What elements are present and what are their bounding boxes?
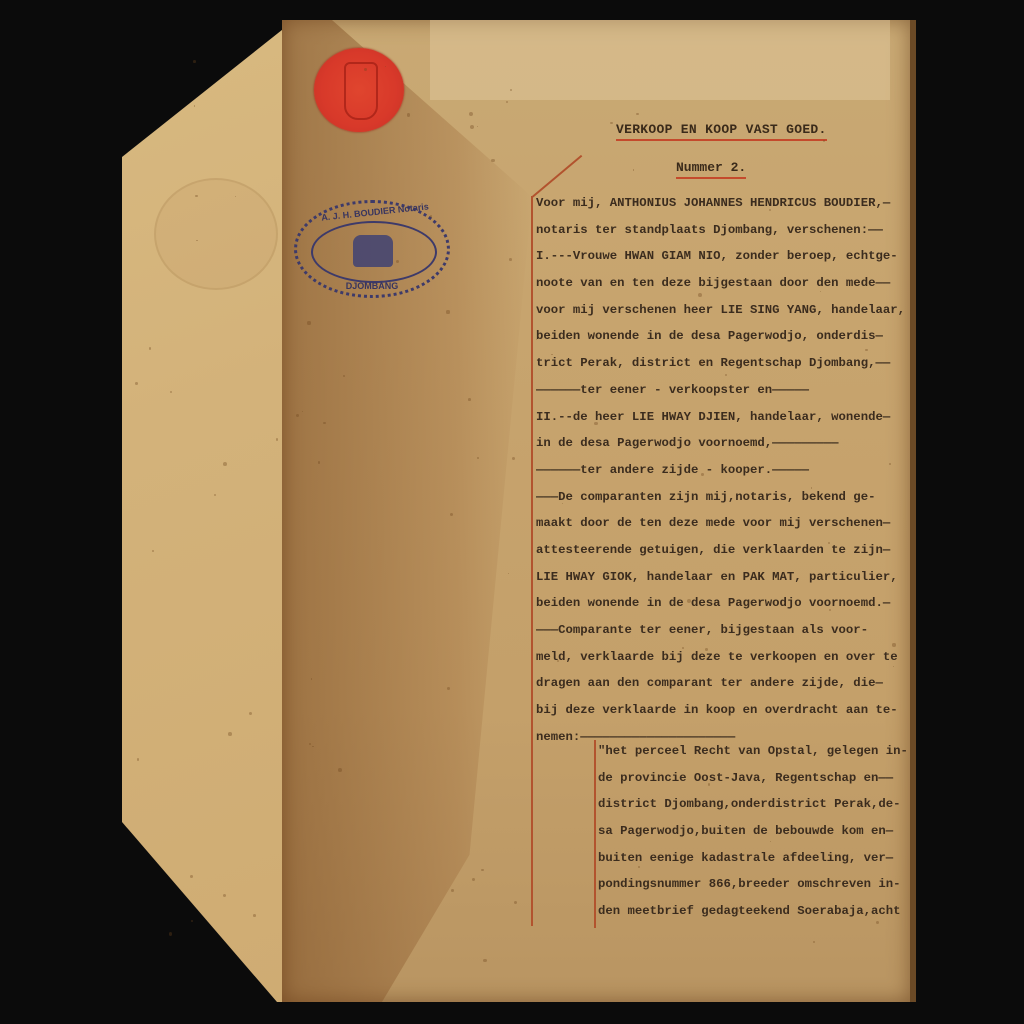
property-text-line: district Djombang,onderdistrict Perak,de… bbox=[598, 793, 908, 820]
page-fold-highlight bbox=[430, 20, 890, 100]
document-title: VERKOOP EN KOOP VAST GOED. bbox=[616, 122, 827, 141]
foxing-spot bbox=[249, 712, 252, 715]
foxing-spot bbox=[889, 463, 891, 465]
foxing-spot bbox=[169, 932, 173, 936]
deed-text-line: voor mij verschenen heer LIE SING YANG, … bbox=[536, 299, 908, 326]
deed-text-line: notaris ter standplaats Djombang, versch… bbox=[536, 219, 908, 246]
deed-text-line: I.---Vrouwe HWAN GIAM NIO, zonder beroep… bbox=[536, 245, 908, 272]
foxing-spot bbox=[636, 113, 638, 115]
deed-text-line: attesteerende getuigen, die verklaarden … bbox=[536, 539, 908, 566]
deed-body: Voor mij, ANTHONIUS JOHANNES HENDRICUS B… bbox=[536, 192, 908, 752]
foxing-spot bbox=[508, 573, 509, 574]
foxing-spot bbox=[338, 768, 342, 772]
deed-text-line: dragen aan den comparant ter andere zijd… bbox=[536, 672, 908, 699]
property-text-line: sa Pagerwodjo,buiten de bebouwde kom en— bbox=[598, 820, 908, 847]
deed-text-line: LIE HWAY GIOK, handelaar en PAK MAT, par… bbox=[536, 566, 908, 593]
foxing-spot bbox=[364, 68, 367, 71]
property-text-line: den meetbrief gedagteekend Soerabaja,ach… bbox=[598, 900, 908, 927]
foxing-spot bbox=[149, 347, 151, 349]
foxing-spot bbox=[651, 200, 653, 202]
foxing-spot bbox=[318, 461, 321, 464]
foxing-spot bbox=[152, 550, 154, 552]
notary-stamp: A. J. H. BOUDIER Notaris DJOMBANG bbox=[294, 200, 450, 298]
margin-rule bbox=[531, 196, 533, 926]
foxing-spot bbox=[865, 349, 867, 351]
foxing-spot bbox=[223, 462, 227, 466]
deed-text-line: beiden wonende in de desa Pagerwodjo voo… bbox=[536, 592, 908, 619]
foxing-spot bbox=[892, 643, 895, 646]
foxing-spot bbox=[450, 513, 453, 516]
foxing-spot bbox=[477, 457, 479, 459]
foxing-spot bbox=[477, 126, 478, 127]
deed-text-line: ——————ter andere zijde - kooper.————— bbox=[536, 459, 908, 486]
foxing-spot bbox=[506, 101, 508, 103]
folded-cover-flap bbox=[122, 22, 292, 1002]
coat-of-arms-icon bbox=[344, 62, 378, 120]
deed-text-line: bij deze verklaarde in koop en overdrach… bbox=[536, 699, 908, 726]
foxing-spot bbox=[446, 310, 449, 313]
foxing-spot bbox=[701, 473, 704, 476]
deed-text-line: ———De comparanten zijn mij,notaris, beke… bbox=[536, 486, 908, 513]
foxing-spot bbox=[828, 542, 830, 544]
foxing-spot bbox=[698, 293, 702, 297]
property-text-line: pondingsnummer 866,breeder omschreven in… bbox=[598, 873, 908, 900]
deed-property-description: "het perceel Recht van Opstal, gelegen i… bbox=[598, 740, 908, 927]
deed-text-line: beiden wonende in de desa Pagerwodjo, on… bbox=[536, 325, 908, 352]
foxing-spot bbox=[137, 758, 139, 760]
property-text-line: buiten eenige kadastrale afdeeling, ver— bbox=[598, 847, 908, 874]
foxing-spot bbox=[190, 875, 193, 878]
foxing-spot bbox=[610, 122, 612, 124]
foxing-spot bbox=[343, 375, 345, 377]
foxing-spot bbox=[813, 941, 815, 943]
foxing-spot bbox=[191, 920, 193, 922]
property-text-line: "het perceel Recht van Opstal, gelegen i… bbox=[598, 740, 908, 767]
indent-margin-rule bbox=[594, 740, 596, 928]
foxing-spot bbox=[193, 60, 196, 63]
foxing-spot bbox=[470, 125, 474, 129]
deed-text-line: maakt door de ten deze mede voor mij ver… bbox=[536, 512, 908, 539]
deed-text-line: ——————ter eener - verkoopster en————— bbox=[536, 379, 908, 406]
foxing-spot bbox=[307, 321, 310, 324]
foxing-spot bbox=[699, 361, 703, 365]
document-number: Nummer 2. bbox=[676, 160, 746, 179]
seal-impression-mark bbox=[154, 178, 278, 290]
deed-text-line: II.--de heer LIE HWAY DJIEN, handelaar, … bbox=[536, 406, 908, 433]
red-seal-icon bbox=[314, 48, 404, 132]
foxing-spot bbox=[736, 909, 739, 912]
foxing-spot bbox=[253, 914, 256, 917]
foxing-spot bbox=[302, 411, 303, 412]
foxing-spot bbox=[491, 159, 494, 162]
foxing-spot bbox=[869, 529, 870, 530]
royal-arms-icon bbox=[353, 235, 393, 267]
foxing-spot bbox=[276, 438, 279, 441]
deed-text-line: in de desa Pagerwodjo voornoemd,————————… bbox=[536, 432, 908, 459]
deed-text-line: noote van en ten deze bijgestaan door de… bbox=[536, 272, 908, 299]
foxing-spot bbox=[468, 398, 471, 401]
foxing-spot bbox=[594, 422, 597, 425]
deed-text-line: meld, verklaarde bij deze te verkoopen e… bbox=[536, 646, 908, 673]
property-text-line: de provincie Oost-Java, Regentschap en—— bbox=[598, 767, 908, 794]
stamp-bottom-text: DJOMBANG bbox=[297, 281, 447, 291]
foxing-spot bbox=[858, 802, 860, 804]
deed-text-line: ———Comparante ter eener, bijgestaan als … bbox=[536, 619, 908, 646]
foxing-spot bbox=[135, 382, 138, 385]
foxing-spot bbox=[228, 732, 232, 736]
foxing-spot bbox=[638, 866, 640, 868]
deed-text-line: Voor mij, ANTHONIUS JOHANNES HENDRICUS B… bbox=[536, 192, 908, 219]
foxing-spot bbox=[483, 959, 487, 963]
foxing-spot bbox=[469, 112, 473, 116]
foxing-spot bbox=[223, 894, 226, 897]
foxing-spot bbox=[682, 647, 684, 649]
foxing-spot bbox=[451, 889, 454, 892]
deed-text-line: trict Perak, district en Regentschap Djo… bbox=[536, 352, 908, 379]
foxing-spot bbox=[296, 414, 299, 417]
